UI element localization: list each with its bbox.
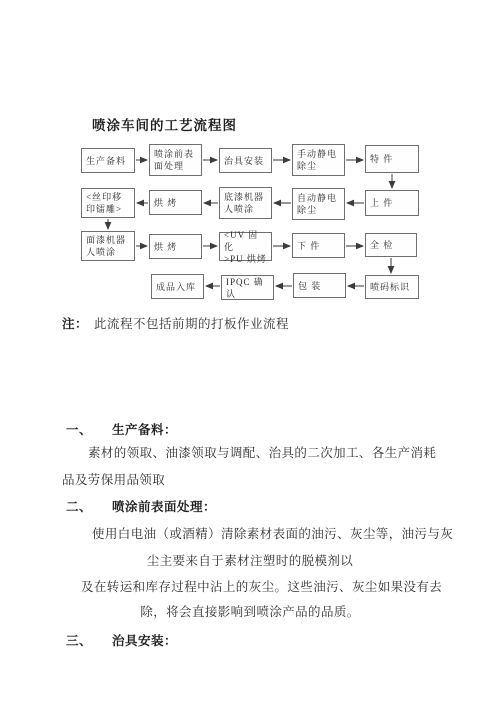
flow-node-bake-primer: 烘 烤: [149, 190, 202, 215]
flow-note-label: 注：: [62, 317, 88, 331]
flow-node-silkprint-padprint-laser: <丝印移 印镭雕>: [81, 188, 135, 218]
body-line: 除，将会直接影响到喷涂产品的品质。: [30, 602, 470, 620]
flow-node-unload-parts: 下 件: [292, 233, 345, 258]
flow-node-topcoat-robot-spray: 面漆机器 人喷涂: [81, 231, 135, 261]
section-title-2: 喷涂前表面处理：: [112, 500, 216, 514]
body-line: 及在转运和库存过程中沾上的灰尘。这些油污、灰尘如果没有去: [81, 577, 442, 595]
page-title: 喷涂车间的工艺流程图: [92, 114, 237, 134]
flow-node-jig-install: 治具安装: [219, 148, 272, 173]
flow-note: 注：此流程不包括前期的打板作业流程: [62, 314, 289, 332]
flow-node-bake-topcoat: 烘 烤: [149, 234, 202, 259]
body-line: 尘主要来自于素材注塑时的脱模剂以: [30, 551, 470, 569]
flow-node-special-parts: 特 件: [365, 145, 419, 173]
flow-node-manual-static-dedust: 手动静电 除尘: [292, 144, 345, 176]
body-line: 使用白电油（或酒精）清除素材表面的油污、灰尘等，油污与灰: [92, 524, 453, 542]
section-title-3: 治具安装：: [112, 634, 177, 648]
document-page: 喷涂车间的工艺流程图 生产备料 喷涂前表 面处理 治具安装 手动静电 除尘 特 …: [0, 0, 500, 707]
body-line: 品及劳保用品领取: [62, 470, 165, 488]
section-heading-1: 一、生产备料：: [66, 420, 177, 438]
flow-node-finished-goods-inbound: 成品入库: [151, 274, 204, 299]
section-number-2: 二、: [66, 497, 112, 515]
section-number-3: 三、: [66, 631, 112, 649]
section-title-1: 生产备料：: [112, 423, 177, 437]
section-number-1: 一、: [66, 420, 112, 438]
body-line: 素材的领取、油漆领取与调配、治具的二次加工、各生产消耗: [88, 443, 436, 461]
flow-node-uv-cure-pu-bake: <UV 固化 >PU 烘烤: [219, 232, 272, 261]
section-heading-3: 三、治具安装：: [66, 631, 177, 649]
flow-node-primer-robot-spray: 底漆机器 人喷涂: [219, 187, 272, 219]
flow-node-inkjet-marking: 喷码标识: [365, 275, 419, 299]
flow-node-production-prep: 生产备料: [81, 148, 135, 173]
flow-node-load-parts: 上 件: [365, 190, 419, 216]
flow-node-auto-static-dedust: 自动静电 除尘: [292, 188, 345, 220]
section-heading-2: 二、喷涂前表面处理：: [66, 497, 216, 515]
flow-node-packing: 包 装: [293, 273, 346, 298]
flow-note-text: 此流程不包括前期的打板作业流程: [94, 317, 289, 331]
flow-node-ipqc-confirm: IPQC 确认: [221, 275, 274, 300]
flow-node-full-inspection: 全 检: [365, 233, 417, 257]
flow-node-pre-spray-surface-treatment: 喷涂前表 面处理: [149, 144, 202, 176]
